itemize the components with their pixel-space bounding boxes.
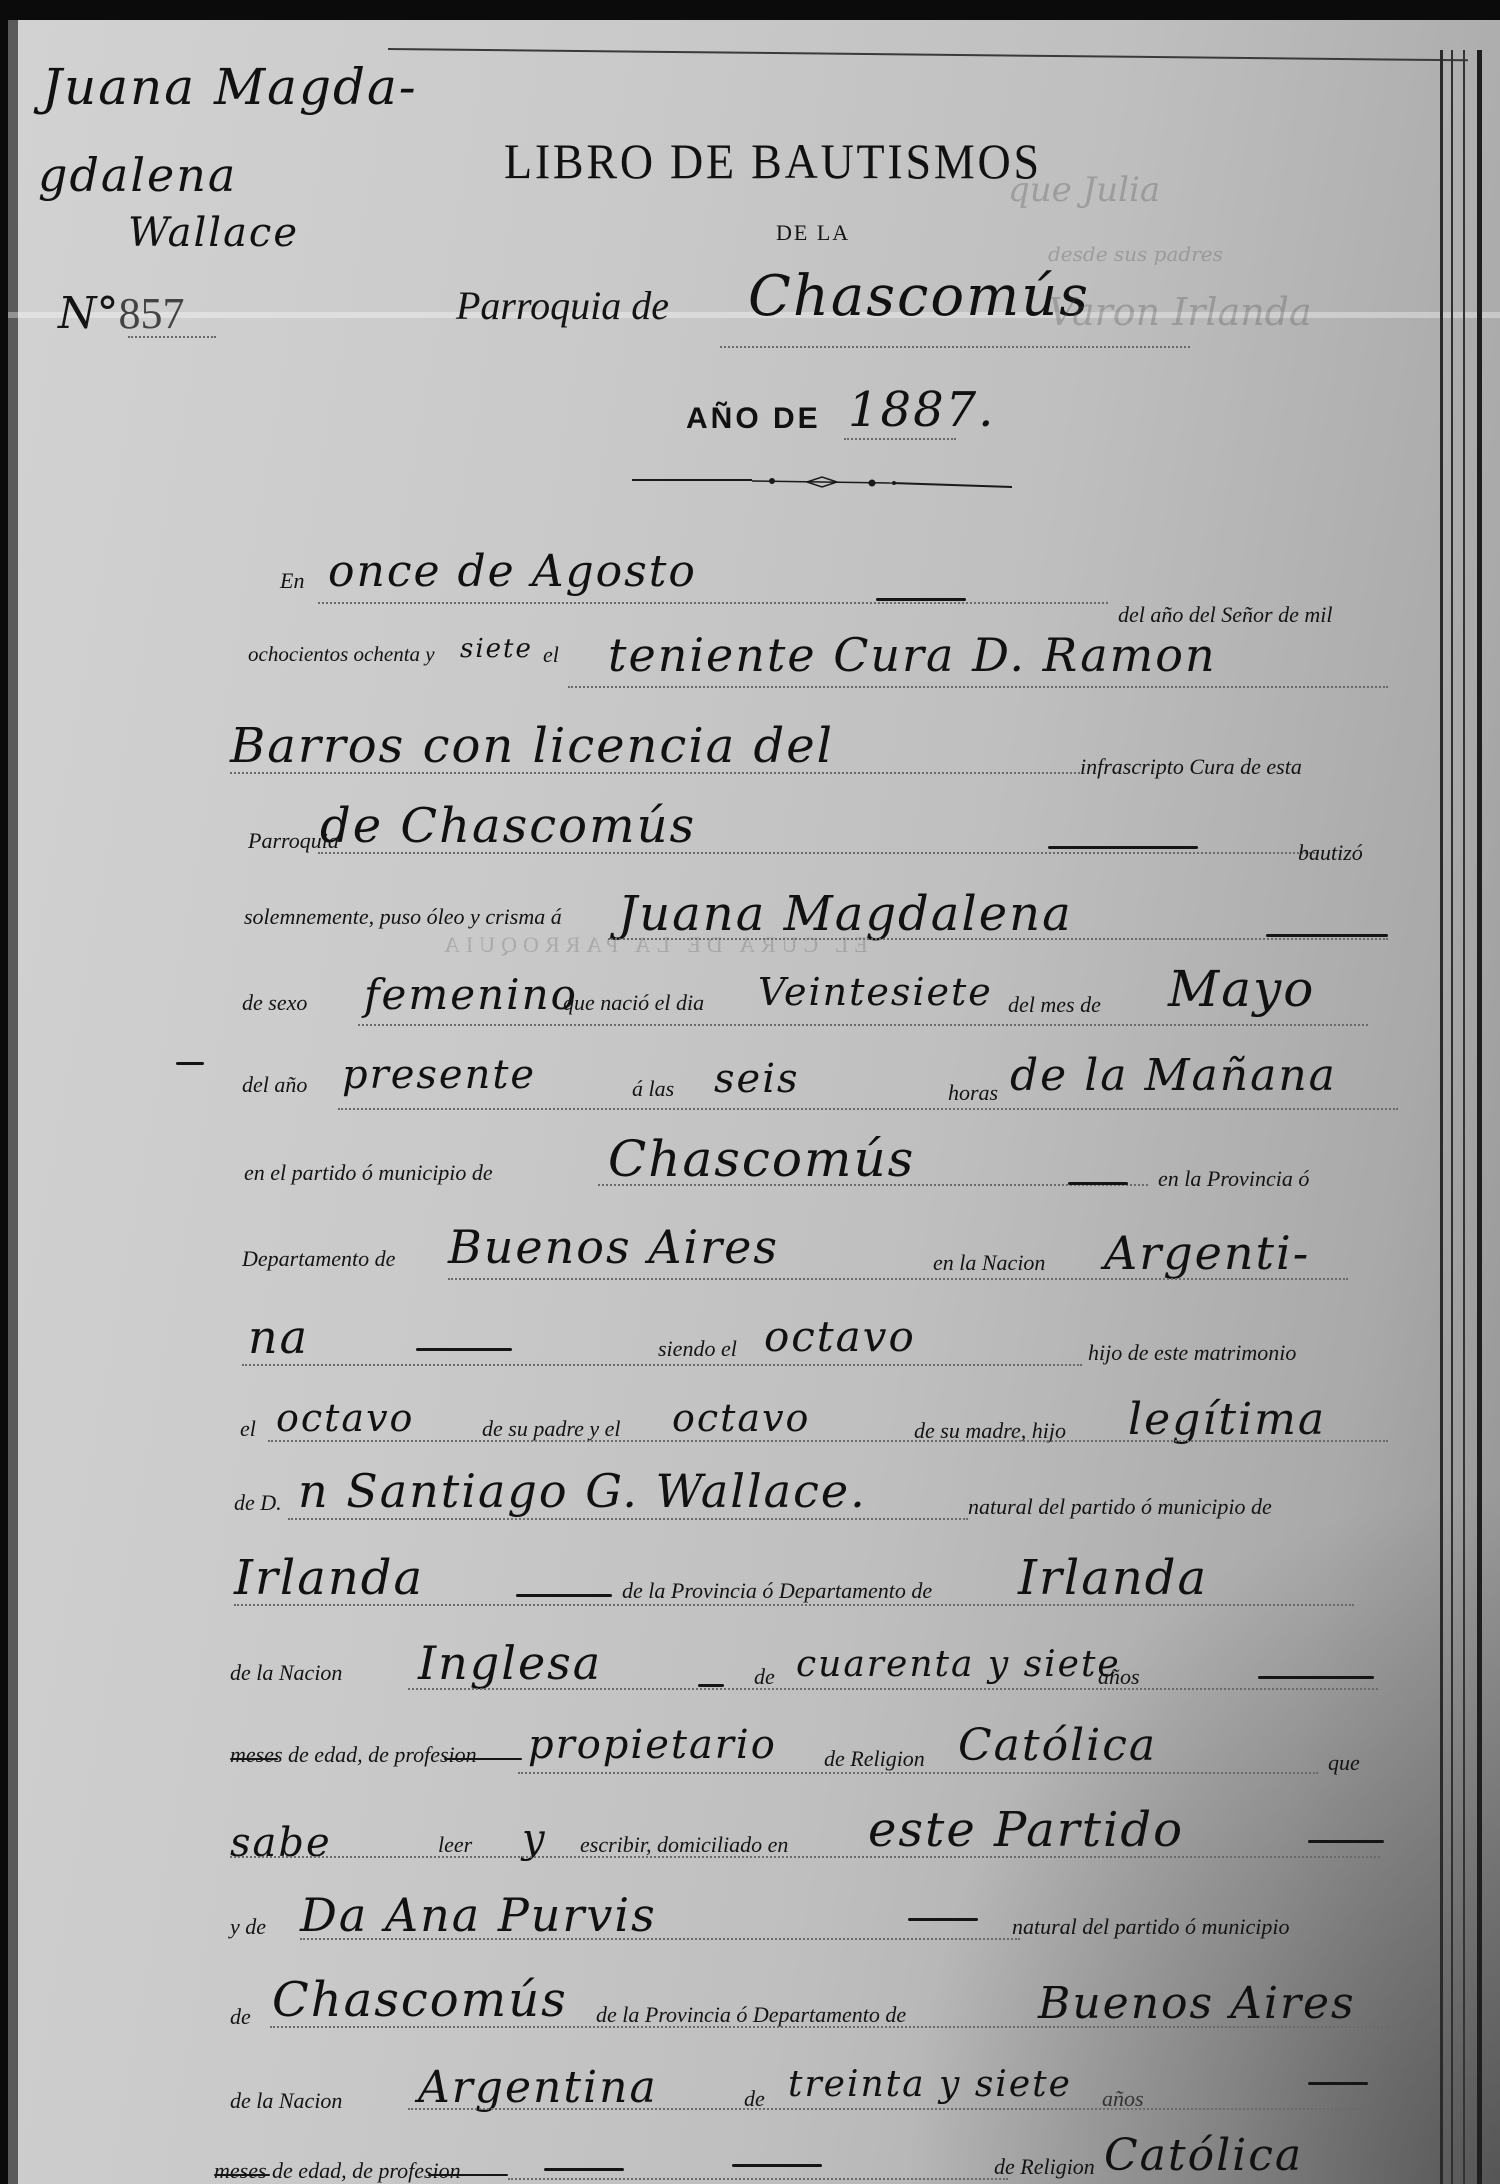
parish-value: Chascomús — [748, 264, 1090, 329]
title-subtitle: DE LA — [776, 220, 850, 246]
printed-text: bautizó — [1298, 840, 1363, 866]
entry-number-dotted-line — [128, 336, 216, 338]
ornamental-divider — [632, 475, 1012, 489]
handwritten-literacy: sabe — [230, 1820, 332, 1866]
handwritten-father-municipality: Irlanda — [234, 1550, 424, 1606]
fill-line — [230, 772, 1080, 774]
fill-line — [230, 1856, 1380, 1858]
year-value: 1887. — [848, 382, 995, 438]
handwritten-municipality: Chascomús — [608, 1130, 915, 1188]
filler-dash — [732, 2164, 822, 2167]
fill-line — [358, 1024, 1368, 1026]
margin-note-line2: gdalena — [38, 148, 237, 202]
filler-dash — [1258, 1676, 1374, 1679]
handwritten-sex: femenino — [364, 970, 578, 1019]
printed-text: escribir, domiciliado en — [580, 1832, 788, 1858]
fill-line — [508, 2178, 1008, 2180]
handwritten-year-word: siete — [460, 634, 533, 664]
printed-text: siendo el — [658, 1336, 737, 1362]
printed-text: en el partido ó municipio de — [244, 1160, 493, 1186]
entry-number-value: 857 — [119, 289, 185, 338]
fill-line — [408, 1688, 1378, 1690]
printed-text: natural del partido ó municipio — [1012, 1914, 1289, 1940]
strike-through — [230, 1758, 278, 1760]
fill-line — [448, 1278, 1348, 1280]
fill-line — [338, 1108, 1398, 1110]
printed-text: en la Provincia ó — [1158, 1166, 1309, 1192]
parish-dotted-line — [720, 346, 1190, 348]
handwritten-nation-cont: na — [248, 1310, 309, 1364]
filler-dash — [544, 2168, 624, 2171]
printed-text: En — [280, 568, 304, 594]
handwritten-birth-hour: seis — [714, 1056, 800, 1102]
printed-text: que — [1328, 1750, 1360, 1776]
printed-text: en la Nacion — [933, 1250, 1045, 1276]
printed-text: de sexo — [242, 990, 307, 1016]
filler-dash — [176, 1062, 204, 1065]
margin-note-line1: Juana Magda- — [42, 58, 418, 116]
handwritten-mother-nation: Argentina — [418, 2062, 658, 2113]
filler-dash — [1266, 934, 1388, 937]
printed-text: de la Nacion — [230, 2088, 342, 2114]
entry-number-prefix: N° — [58, 288, 119, 339]
printed-text: del mes de — [1008, 992, 1101, 1018]
fill-line — [288, 1518, 968, 1520]
printed-text: y de — [230, 1914, 266, 1940]
handwritten-birth-day: Veintesiete — [758, 970, 993, 1014]
bleed-through-text: que Julia — [1008, 170, 1160, 210]
filler-dash — [876, 598, 966, 601]
printed-text: natural del partido ó municipio de — [968, 1494, 1272, 1520]
filler-dash — [516, 1594, 612, 1597]
printed-text: de — [230, 2004, 251, 2030]
printed-text: del año — [242, 1072, 307, 1098]
printed-text: de Religion — [824, 1746, 925, 1772]
handwritten-birth-order-mother: octavo — [672, 1396, 810, 1440]
fill-line — [598, 1184, 1148, 1186]
printed-text: de su padre y el — [482, 1416, 620, 1442]
margin-note-line3: Wallace — [128, 210, 299, 256]
handwritten-officiant-cont: Barros con licencia del — [230, 718, 834, 774]
printed-text: infrascripto Cura de esta — [1080, 754, 1302, 780]
entry-number: N°857 — [58, 288, 185, 339]
handwritten-mother-municipality: Chascomús — [272, 1972, 568, 2028]
handwritten-officiant: teniente Cura D. Ramon — [608, 628, 1217, 682]
handwritten-mother-province: Buenos Aires — [1038, 1978, 1356, 2029]
handwritten-parish: de Chascomús — [320, 798, 696, 854]
printed-text: meses de edad, de profesion — [230, 1742, 477, 1768]
printed-text: de la Nacion — [230, 1660, 342, 1686]
handwritten-father-profession: propietario — [528, 1722, 777, 1768]
printed-text: Departamento de — [242, 1246, 395, 1272]
handwritten-birth-month: Mayo — [1168, 960, 1315, 1018]
year-label: AÑO DE — [686, 402, 821, 436]
printed-text: del año del Señor de mil — [1118, 602, 1332, 628]
printed-text: de la Provincia ó Departamento de — [622, 1578, 932, 1604]
top-border-rule — [388, 48, 1468, 61]
filler-dash — [1068, 1182, 1128, 1185]
filler-dash — [416, 1348, 512, 1351]
handwritten-birth-year: presente — [342, 1052, 536, 1098]
handwritten-legitimacy: legítima — [1128, 1394, 1326, 1445]
printed-text: hijo de este matrimonio — [1088, 1340, 1296, 1366]
printed-text: años — [1098, 1664, 1140, 1690]
handwritten-mother-age: treinta y siete — [788, 2064, 1072, 2105]
handwritten-birth-order-father: octavo — [276, 1396, 414, 1440]
fill-line — [270, 2026, 1390, 2028]
handwritten-nation: Argenti- — [1104, 1226, 1310, 1280]
handwritten-time-of-day: de la Mañana — [1010, 1050, 1337, 1101]
fill-line — [408, 2108, 1388, 2110]
register-page: Juana Magda- gdalena Wallace N°857 LIBRO… — [8, 20, 1500, 2184]
printed-text: meses de edad, de profesion — [214, 2158, 461, 2184]
handwritten-father-age: cuarenta y siete — [796, 1644, 1121, 1685]
year-dotted-line — [844, 438, 956, 440]
handwritten-father-name: n Santiago G. Wallace. — [298, 1464, 867, 1518]
fill-line — [318, 852, 1318, 854]
strike-through — [214, 2174, 270, 2176]
handwritten-child-name: Juana Magdalena — [618, 886, 1073, 942]
handwritten-mother-name: Da Ana Purvis — [300, 1888, 657, 1942]
printed-text: á las — [632, 1076, 674, 1102]
handwritten-province: Buenos Aires — [448, 1220, 779, 1274]
handwritten-father-religion: Católica — [958, 1720, 1157, 1771]
page-title: LIBRO DE BAUTISMOS — [504, 132, 1042, 190]
handwritten-father-province: Irlanda — [1018, 1550, 1208, 1606]
printed-text: que nació el dia — [563, 990, 704, 1016]
right-border-rules — [1440, 50, 1482, 2184]
fill-line — [318, 602, 1108, 604]
fill-line — [242, 1364, 1082, 1366]
printed-text: de D. — [234, 1490, 282, 1516]
printed-text: de Religion — [994, 2154, 1095, 2180]
printed-text: de la Provincia ó Departamento de — [596, 2002, 906, 2028]
fill-line — [568, 686, 1388, 688]
printed-text: leer — [438, 1832, 472, 1858]
printed-text: de — [754, 1664, 775, 1690]
strike-through — [444, 1758, 522, 1760]
handwritten-father-nation: Inglesa — [418, 1636, 602, 1690]
fill-line — [608, 938, 1388, 940]
handwritten-domicile: este Partido — [868, 1802, 1184, 1858]
bleed-through-text: desde sus padres — [1048, 242, 1223, 266]
handwritten-mother-religion: Católica — [1104, 2130, 1303, 2181]
filler-dash — [908, 1918, 978, 1921]
filler-dash — [698, 1684, 724, 1687]
filler-dash — [1308, 1840, 1384, 1843]
parish-label: Parroquia de — [456, 282, 669, 329]
printed-text: el — [240, 1416, 256, 1442]
fill-line — [300, 1938, 1020, 1940]
filler-dash — [1048, 846, 1198, 849]
printed-text: horas — [948, 1080, 998, 1106]
filler-dash — [1308, 2082, 1368, 2085]
fill-line — [234, 1604, 1354, 1606]
strike-through — [428, 2174, 508, 2176]
printed-text: el — [543, 642, 559, 668]
fill-line — [268, 1440, 1388, 1442]
handwritten-birth-order: octavo — [764, 1312, 916, 1361]
handwritten-date: once de Agosto — [328, 546, 697, 597]
fill-line — [518, 1772, 1318, 1774]
printed-text: solemnemente, puso óleo y crisma á — [244, 904, 562, 930]
printed-text: ochocientos ochenta y — [248, 642, 435, 667]
bleed-through-text: Varon Irlanda — [1048, 290, 1312, 334]
